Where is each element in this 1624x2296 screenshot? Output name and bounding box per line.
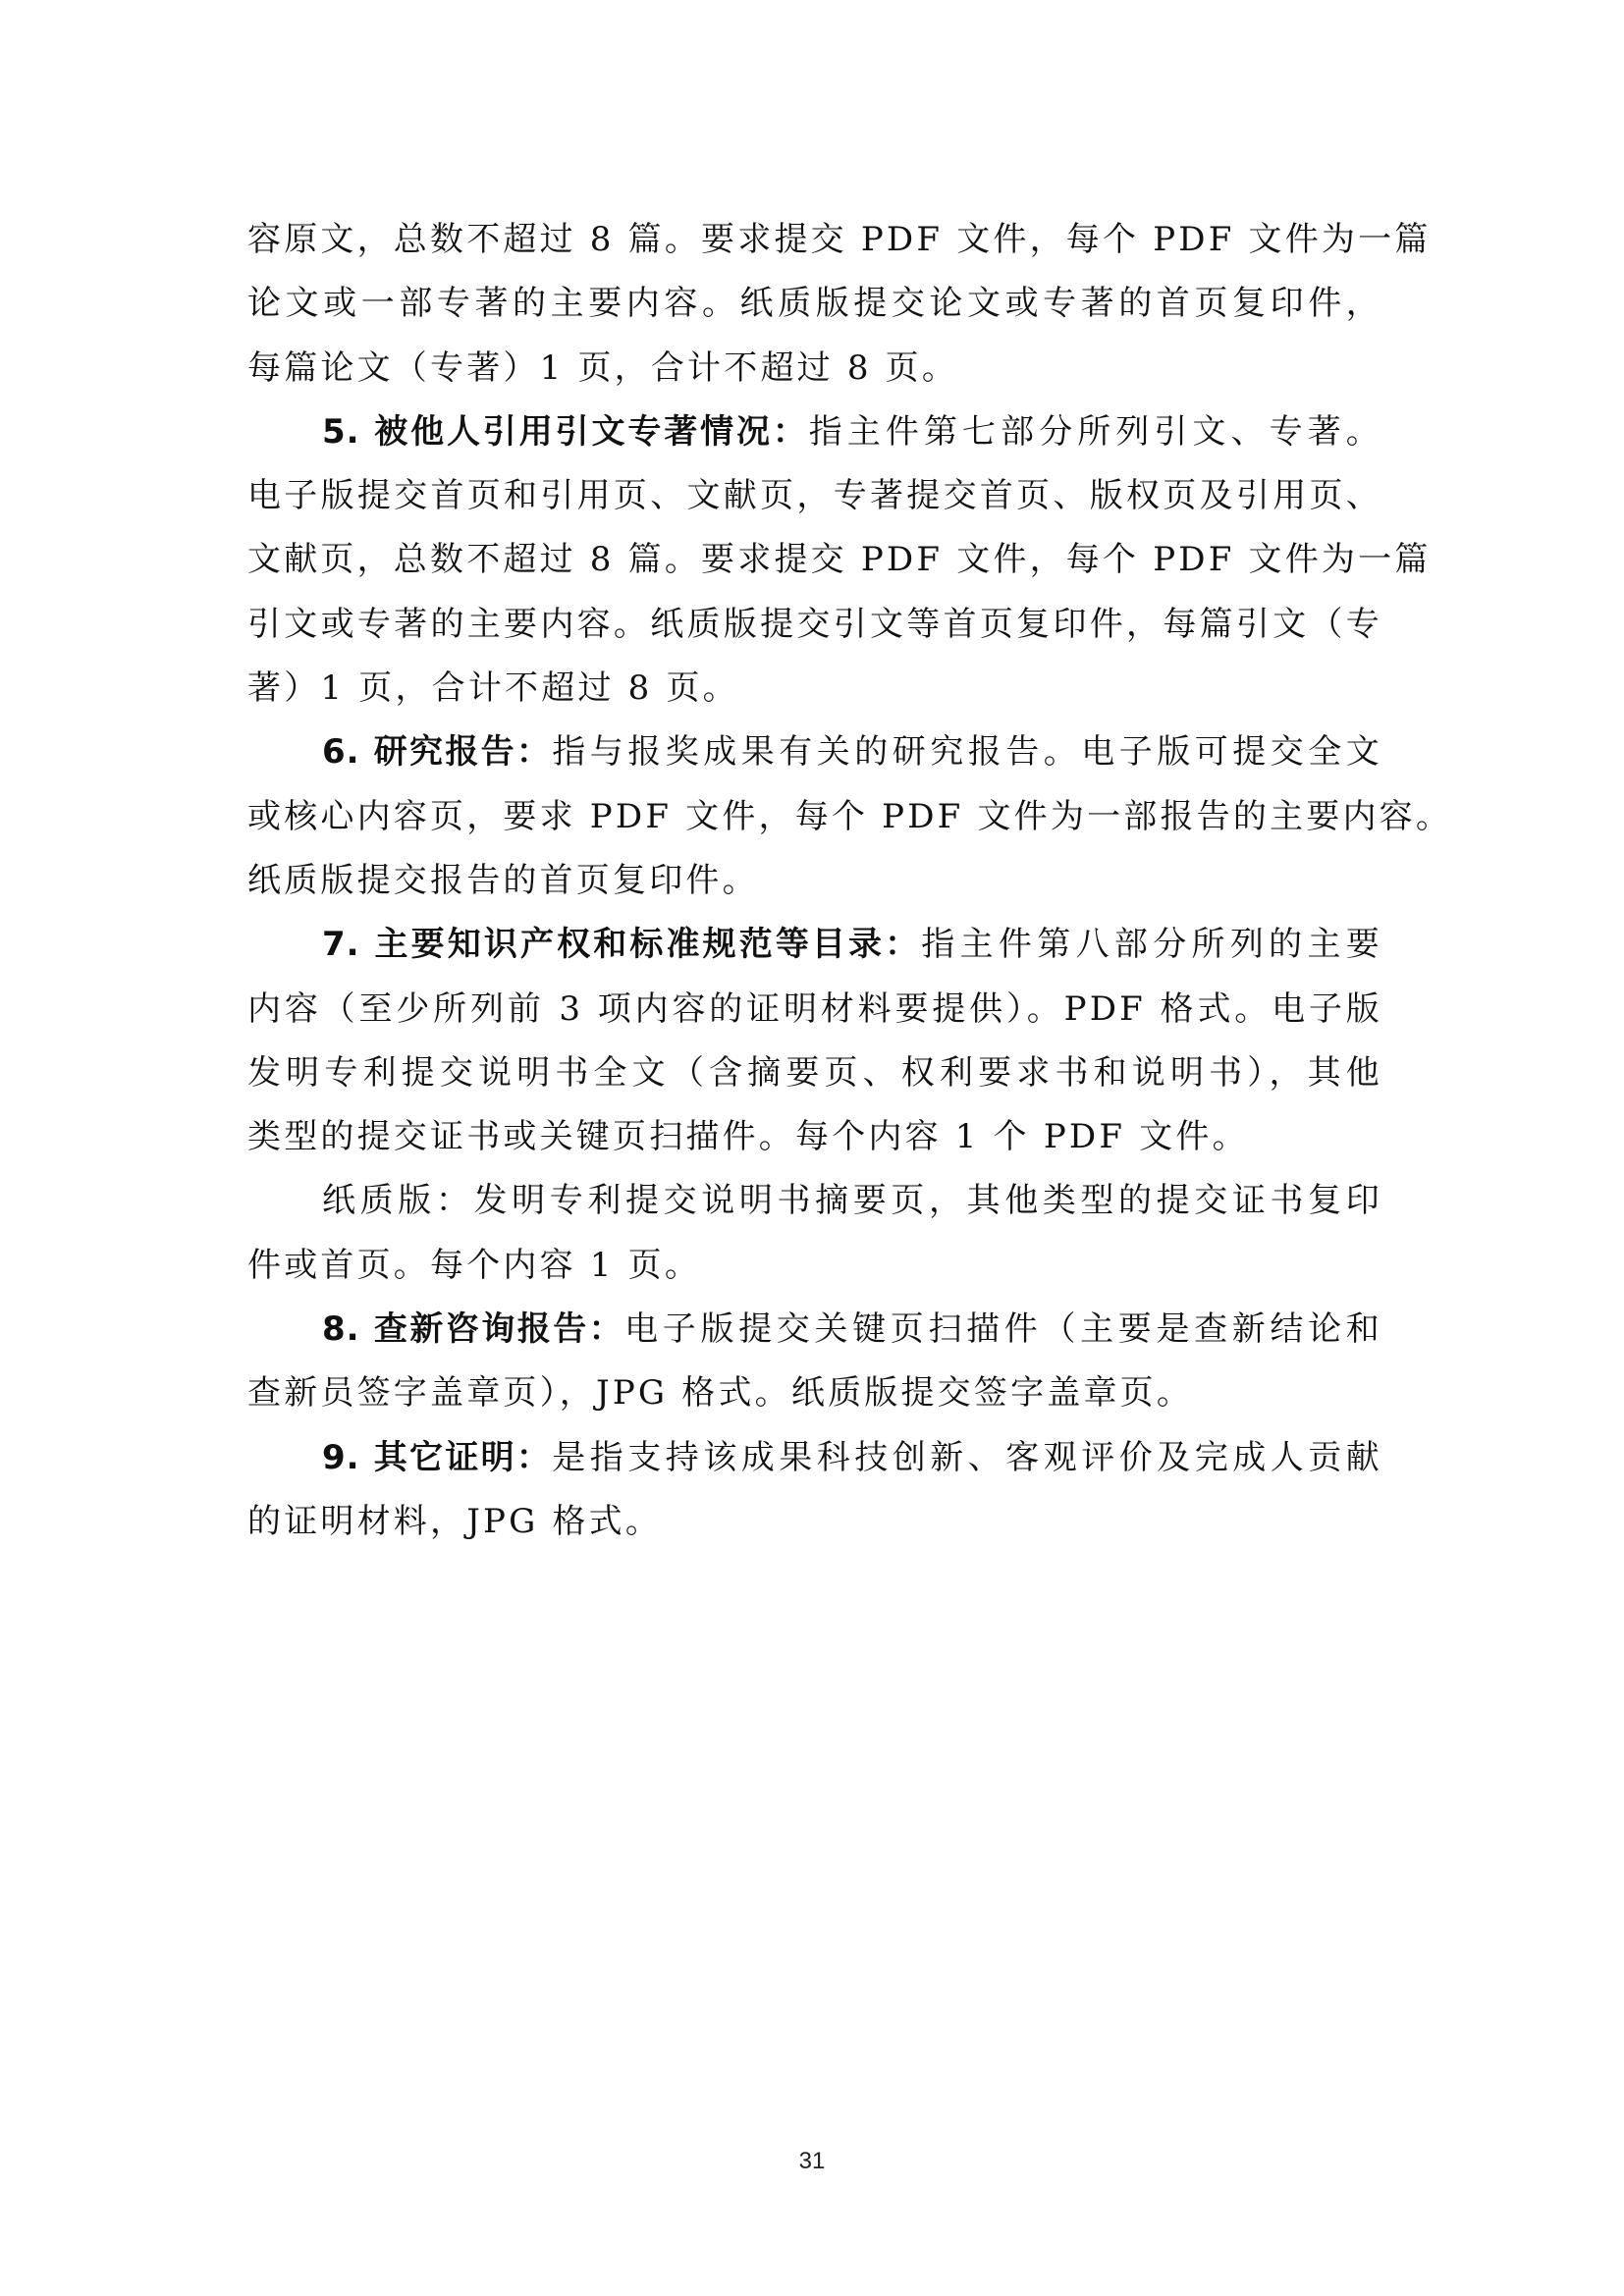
page-number: 31 (0, 2148, 1624, 2175)
paragraph-continuation: 容原文，总数不超过 8 篇。要求提交 PDF 文件，每个 PDF 文件为一篇 论… (247, 208, 1382, 400)
paragraph-item-9: 9. 其它证明：是指支持该成果科技创新、客观评价及完成人贡献 的证明材料，JPG… (247, 1426, 1382, 1555)
text-line: 引文或专著的主要内容。纸质版提交引文等首页复印件，每篇引文（专 (247, 593, 1382, 657)
text-line: 每篇论文（专著）1 页，合计不超过 8 页。 (247, 337, 1382, 400)
text-line: 纸质版提交报告的首页复印件。 (247, 849, 1382, 913)
paragraph-paper-version: 纸质版：发明专利提交说明书摘要页，其他类型的提交证书复印 件或首页。每个内容 1… (247, 1169, 1382, 1298)
text-line: 论文或一部专著的主要内容。纸质版提交论文或专著的首页复印件， (247, 272, 1382, 336)
text-line: 或核心内容页，要求 PDF 文件，每个 PDF 文件为一部报告的主要内容。 (247, 785, 1382, 849)
item-text: 指与报奖成果有关的研究报告。电子版可提交全文 (552, 732, 1382, 772)
text-line: 8. 查新咨询报告：电子版提交关键页扫描件（主要是查新结论和 (247, 1298, 1382, 1362)
text-line: 查新员签字盖章页），JPG 格式。纸质版提交签字盖章页。 (247, 1362, 1382, 1425)
item-text: 电子版提交关键页扫描件（主要是查新结论和 (624, 1309, 1382, 1349)
text-line: 内容（至少所列前 3 项内容的证明材料要提供）。PDF 格式。电子版 (247, 978, 1382, 1041)
document-body: 容原文，总数不超过 8 篇。要求提交 PDF 文件，每个 PDF 文件为一篇 论… (247, 208, 1382, 1554)
item-heading: 5. 被他人引用引文专著情况： (322, 412, 809, 452)
item-heading: 6. 研究报告： (322, 732, 552, 772)
item-heading: 8. 查新咨询报告： (322, 1309, 624, 1349)
text-line: 电子版提交首页和引用页、文献页，专著提交首页、版权页及引用页、 (247, 464, 1382, 528)
text-line: 文献页，总数不超过 8 篇。要求提交 PDF 文件，每个 PDF 文件为一篇 (247, 528, 1382, 592)
document-page: 容原文，总数不超过 8 篇。要求提交 PDF 文件，每个 PDF 文件为一篇 论… (0, 0, 1624, 2296)
paragraph-item-6: 6. 研究报告：指与报奖成果有关的研究报告。电子版可提交全文 或核心内容页，要求… (247, 721, 1382, 913)
text-line: 纸质版：发明专利提交说明书摘要页，其他类型的提交证书复印 (247, 1169, 1382, 1233)
text-line: 6. 研究报告：指与报奖成果有关的研究报告。电子版可提交全文 (247, 721, 1382, 784)
paragraph-item-8: 8. 查新咨询报告：电子版提交关键页扫描件（主要是查新结论和 查新员签字盖章页）… (247, 1298, 1382, 1426)
paragraph-item-7: 7. 主要知识产权和标准规范等目录：指主件第八部分所列的主要 内容（至少所列前 … (247, 913, 1382, 1169)
item-heading: 9. 其它证明： (322, 1438, 552, 1477)
paragraph-item-5: 5. 被他人引用引文专著情况：指主件第七部分所列引文、专著。 电子版提交首页和引… (247, 400, 1382, 721)
text-line: 7. 主要知识产权和标准规范等目录：指主件第八部分所列的主要 (247, 913, 1382, 977)
text-line: 著）1 页，合计不超过 8 页。 (247, 657, 1382, 721)
text-line: 容原文，总数不超过 8 篇。要求提交 PDF 文件，每个 PDF 文件为一篇 (247, 208, 1382, 272)
text-line: 5. 被他人引用引文专著情况：指主件第七部分所列引文、专著。 (247, 400, 1382, 464)
item-text: 指主件第七部分所列引文、专著。 (809, 412, 1382, 452)
text-line: 9. 其它证明：是指支持该成果科技创新、客观评价及完成人贡献 (247, 1426, 1382, 1490)
item-text: 是指支持该成果科技创新、客观评价及完成人贡献 (552, 1438, 1382, 1477)
item-heading: 7. 主要知识产权和标准规范等目录： (322, 925, 921, 964)
text-line: 类型的提交证书或关键页扫描件。每个内容 1 个 PDF 文件。 (247, 1105, 1382, 1169)
text-line: 发明专利提交说明书全文（含摘要页、权利要求书和说明书），其他 (247, 1041, 1382, 1105)
text-line: 的证明材料，JPG 格式。 (247, 1490, 1382, 1554)
item-text: 指主件第八部分所列的主要 (921, 925, 1382, 964)
text-line: 件或首页。每个内容 1 页。 (247, 1234, 1382, 1298)
